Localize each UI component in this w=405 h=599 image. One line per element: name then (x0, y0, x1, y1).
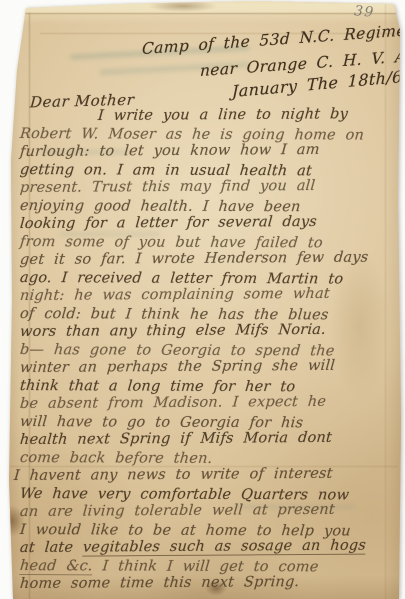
line-text: wors than any thing else Mifs Noria. (19, 322, 326, 340)
line-text: looking for a letter for several days (19, 214, 317, 232)
letter-line: I havent any news to write of interest (13, 464, 401, 485)
letter-line: present. Trust this may find you all (19, 176, 401, 197)
letter-paper: 39 Camp of the 53d N.C. Regiment near Or… (0, 0, 405, 599)
line-text: night: he was complaining some what (19, 286, 330, 304)
line-text: at late (19, 540, 83, 556)
letter-line: an are living tolerable well at present (19, 500, 401, 521)
letter-line: looking for a letter for several days (19, 212, 401, 233)
line-text: be absent from Madison. I expect he (19, 394, 326, 412)
line-text: winter an perhaps the Spring she will (19, 358, 335, 376)
letter-line: furlough: to let you know how I am (19, 140, 401, 161)
line-text: home some time this next Spring. (19, 574, 300, 592)
line-text: an are living tolerable well at present (19, 502, 335, 520)
letter-line: night: he was complaining some what (19, 284, 401, 305)
line-text: present. Trust this may find you all (19, 178, 316, 196)
letter-line: home some time this next Spring. (19, 572, 401, 593)
scanned-letter-page: 39 Camp of the 53d N.C. Regiment near Or… (0, 0, 405, 599)
line-text: health next Spring if Mifs Moria dont (19, 430, 332, 448)
letter-line: wors than any thing else Mifs Noria. (19, 320, 401, 341)
fold-crease (24, 13, 396, 14)
letter-line: be absent from Madison. I expect he (19, 392, 401, 413)
smudge-stain (148, 0, 218, 12)
underlined-text: vegitables such as sosage an hogs (82, 538, 366, 557)
letter-line: health next Spring if Mifs Moria dont (19, 428, 401, 449)
paper-shadow-wrap: 39 Camp of the 53d N.C. Regiment near Or… (0, 0, 405, 599)
line-text: get it so far. I wrote Henderson few day… (19, 250, 369, 268)
letter-line: get it so far. I wrote Henderson few day… (19, 248, 401, 269)
line-text: I havent any news to write of interest (13, 466, 333, 484)
line-text: come back before then. (19, 450, 213, 467)
letter-line: at late vegitables such as sosage an hog… (19, 536, 401, 557)
letter-line: winter an perhaps the Spring she will (19, 356, 401, 377)
page-number-pencil: 39 (353, 3, 375, 21)
underlined-text: head &c. (19, 558, 93, 575)
letter-body: I write you a line to night byRobert W. … (20, 107, 401, 593)
line-text: furlough: to let you know how I am (19, 142, 320, 160)
line-text: I write you a line to night by (97, 106, 348, 124)
letter-line: I write you a line to night by (97, 105, 401, 125)
